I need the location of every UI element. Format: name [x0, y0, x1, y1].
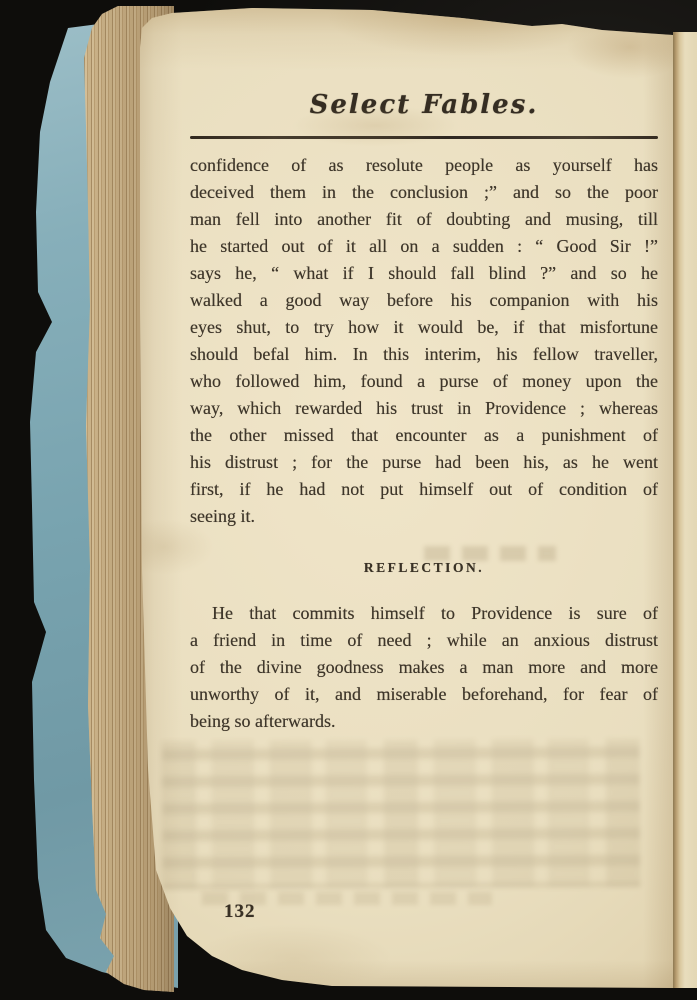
fable-paragraph: confidence of as resolute people as your… [190, 152, 658, 530]
text-line: of the divine goodness makes a man more … [190, 654, 658, 681]
page-number: 132 [224, 901, 256, 923]
text-line: the other missed that encounter as a pun… [190, 422, 658, 449]
reflection-paragraph: He that commits himself to Providence is… [190, 600, 658, 735]
book-page: Select Fables. confidence of as resolute… [132, 8, 673, 988]
text-line: should befal him. In this interim, his f… [190, 341, 658, 368]
show-through-text [162, 739, 641, 890]
text-line: says he, “ what if I should fall blind ?… [190, 260, 658, 287]
page-text-column: Select Fables. confidence of as resolute… [190, 88, 658, 735]
header-rule [190, 136, 658, 139]
text-line: eyes shut, to try how it would be, if th… [190, 314, 658, 341]
text-line: he started out of it all on a sudden : “… [190, 233, 658, 260]
text-line: being so afterwards. [190, 708, 658, 735]
text-line: deceived them in the conclusion ;” and s… [190, 179, 658, 206]
text-line: seeing it. [190, 503, 658, 530]
text-line: a friend in time of need ; while an anxi… [190, 627, 658, 654]
text-line: his distrust ; for the purse had been hi… [190, 449, 658, 476]
text-line: He that commits himself to Providence is… [190, 600, 658, 627]
scanned-book-photo: Select Fables. confidence of as resolute… [0, 0, 697, 1000]
text-line: man fell into another fit of doubting an… [190, 206, 658, 233]
section-heading-reflection: REFLECTION. [190, 560, 658, 576]
text-line: unworthy of it, and miserable beforehand… [190, 681, 658, 708]
running-header: Select Fables. [190, 88, 658, 122]
adjacent-page-edge [673, 32, 697, 988]
text-line: confidence of as resolute people as your… [190, 152, 658, 179]
text-line: way, which rewarded his trust in Provide… [190, 395, 658, 422]
text-line: first, if he had not put himself out of … [190, 476, 658, 503]
text-line: walked a good way before his companion w… [190, 287, 658, 314]
text-line: who followed him, found a purse of money… [190, 368, 658, 395]
